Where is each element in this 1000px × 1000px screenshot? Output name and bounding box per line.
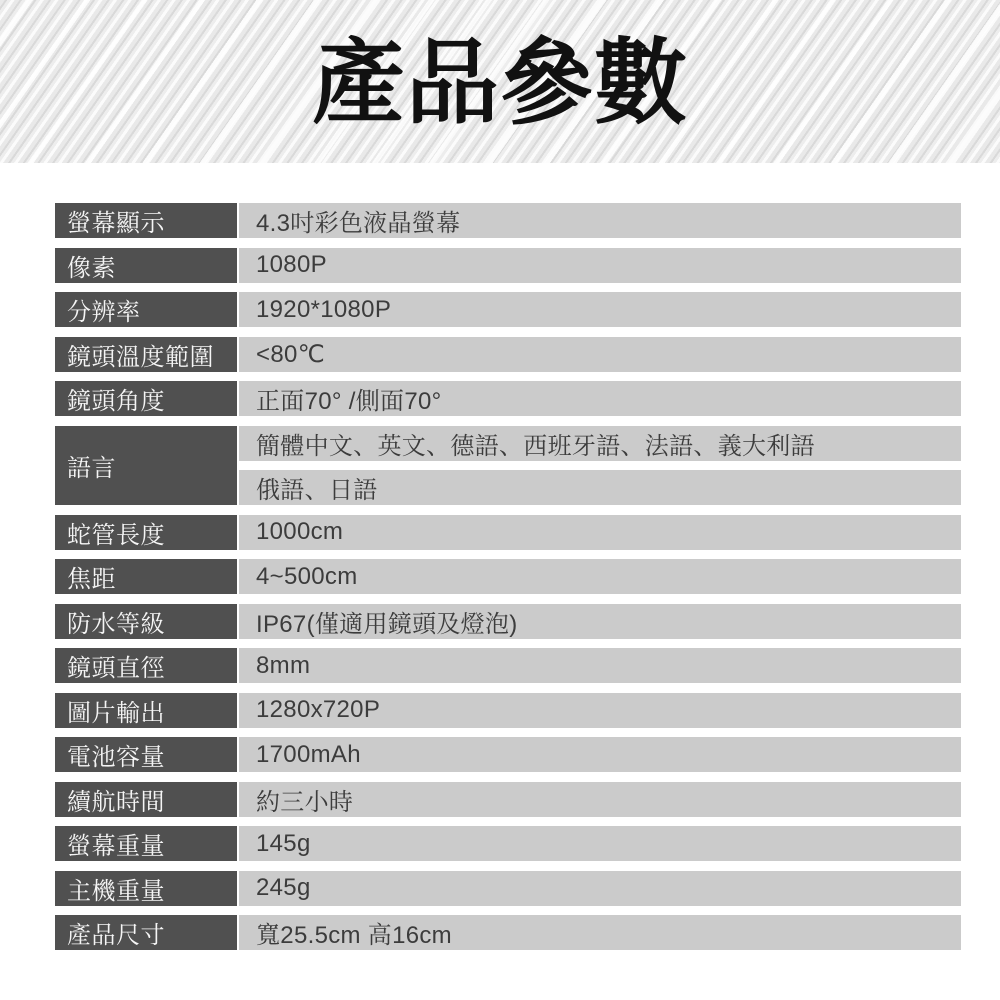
row-label: 主機重量 bbox=[55, 871, 237, 906]
table-row: 螢幕重量145g bbox=[55, 826, 961, 861]
row-values: 寬25.5cm 高16cm bbox=[239, 915, 961, 950]
table-row: 產品尺寸寬25.5cm 高16cm bbox=[55, 915, 961, 950]
row-value: 正面70° /側面70° bbox=[239, 381, 961, 416]
row-label: 鏡頭溫度範圍 bbox=[55, 337, 237, 372]
row-values: 正面70° /側面70° bbox=[239, 381, 961, 416]
row-values: 簡體中文、英文、德語、西班牙語、法語、義大利語俄語、日語 bbox=[239, 426, 961, 506]
row-values: 145g bbox=[239, 826, 961, 861]
page-title: 產品參數 bbox=[312, 33, 688, 130]
table-row: 焦距4~500cm bbox=[55, 559, 961, 594]
row-label: 防水等級 bbox=[55, 604, 237, 639]
table-row: 蛇管長度1000cm bbox=[55, 515, 961, 550]
row-values: 8mm bbox=[239, 648, 961, 683]
row-label: 鏡頭角度 bbox=[55, 381, 237, 416]
row-value: 簡體中文、英文、德語、西班牙語、法語、義大利語 bbox=[239, 426, 961, 461]
row-values: 4.3吋彩色液晶螢幕 bbox=[239, 203, 961, 238]
header-band: 產品參數 bbox=[0, 0, 1000, 163]
table-row: 主機重量245g bbox=[55, 871, 961, 906]
row-values: 1920*1080P bbox=[239, 292, 961, 327]
row-value: 245g bbox=[239, 871, 961, 906]
row-values: 1280x720P bbox=[239, 693, 961, 728]
row-values: <80℃ bbox=[239, 337, 961, 372]
row-values: IP67(僅適用鏡頭及燈泡) bbox=[239, 604, 961, 639]
row-label: 續航時間 bbox=[55, 782, 237, 817]
row-value: 4.3吋彩色液晶螢幕 bbox=[239, 203, 961, 238]
row-label: 蛇管長度 bbox=[55, 515, 237, 550]
row-values: 1700mAh bbox=[239, 737, 961, 772]
table-row: 圖片輸出1280x720P bbox=[55, 693, 961, 728]
row-label: 電池容量 bbox=[55, 737, 237, 772]
table-row: 鏡頭溫度範圍<80℃ bbox=[55, 337, 961, 372]
row-value: 1000cm bbox=[239, 515, 961, 550]
row-value: 寬25.5cm 高16cm bbox=[239, 915, 961, 950]
row-value: 8mm bbox=[239, 648, 961, 683]
row-value: 145g bbox=[239, 826, 961, 861]
row-values: 1000cm bbox=[239, 515, 961, 550]
row-value: 4~500cm bbox=[239, 559, 961, 594]
row-value: <80℃ bbox=[239, 337, 961, 372]
table-row: 防水等級IP67(僅適用鏡頭及燈泡) bbox=[55, 604, 961, 639]
table-row: 電池容量1700mAh bbox=[55, 737, 961, 772]
row-value: 1280x720P bbox=[239, 693, 961, 728]
row-label: 產品尺寸 bbox=[55, 915, 237, 950]
table-row: 鏡頭直徑8mm bbox=[55, 648, 961, 683]
table-row: 像素1080P bbox=[55, 248, 961, 283]
table-row: 語言簡體中文、英文、德語、西班牙語、法語、義大利語俄語、日語 bbox=[55, 426, 961, 506]
row-label: 螢幕顯示 bbox=[55, 203, 237, 238]
table-row: 分辨率1920*1080P bbox=[55, 292, 961, 327]
row-value: 1080P bbox=[239, 248, 961, 283]
spec-table: 螢幕顯示4.3吋彩色液晶螢幕像素1080P分辨率1920*1080P鏡頭溫度範圍… bbox=[55, 203, 961, 960]
row-label: 焦距 bbox=[55, 559, 237, 594]
row-values: 4~500cm bbox=[239, 559, 961, 594]
row-label: 語言 bbox=[55, 426, 237, 506]
row-label: 像素 bbox=[55, 248, 237, 283]
row-label: 鏡頭直徑 bbox=[55, 648, 237, 683]
row-label: 分辨率 bbox=[55, 292, 237, 327]
row-value: 俄語、日語 bbox=[239, 470, 961, 505]
row-values: 245g bbox=[239, 871, 961, 906]
row-values: 1080P bbox=[239, 248, 961, 283]
row-value: 1700mAh bbox=[239, 737, 961, 772]
row-label: 螢幕重量 bbox=[55, 826, 237, 861]
row-value: 約三小時 bbox=[239, 782, 961, 817]
table-row: 續航時間約三小時 bbox=[55, 782, 961, 817]
table-row: 螢幕顯示4.3吋彩色液晶螢幕 bbox=[55, 203, 961, 238]
row-value: IP67(僅適用鏡頭及燈泡) bbox=[239, 604, 961, 639]
row-values: 約三小時 bbox=[239, 782, 961, 817]
table-row: 鏡頭角度正面70° /側面70° bbox=[55, 381, 961, 416]
row-label: 圖片輸出 bbox=[55, 693, 237, 728]
row-value: 1920*1080P bbox=[239, 292, 961, 327]
